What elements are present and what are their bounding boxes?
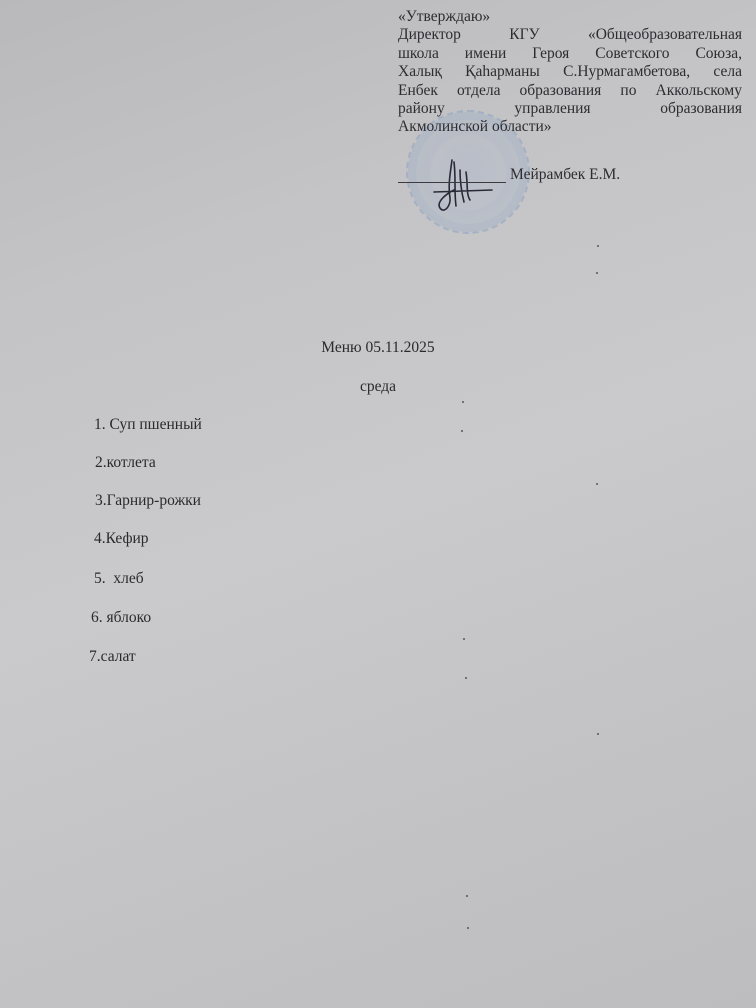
menu-item: 2.котлета [95, 454, 156, 472]
speck [462, 401, 464, 403]
speck [461, 430, 463, 432]
menu-item: 3.Гарнир-рожки [95, 492, 201, 510]
speck [465, 677, 467, 679]
menu-item: 5. хлеб [94, 570, 144, 588]
approval-line: школа имени Героя Советского Союза, [398, 45, 742, 63]
menu-title: Меню 05.11.2025 [0, 339, 756, 357]
approval-line: Акмолинской области» [398, 118, 742, 136]
speck [597, 245, 599, 247]
speck [467, 927, 469, 929]
signature-line [398, 182, 506, 183]
approval-line: Халық Қаһарманы С.Нурмагамбетова, села [398, 63, 742, 81]
approval-line: Енбек отдела образования по Аккольскому [398, 82, 742, 100]
document-page: «Утверждаю» Директор КГУ «Общеобразовате… [0, 0, 756, 1008]
approval-block: «Утверждаю» Директор КГУ «Общеобразовате… [398, 8, 742, 137]
speck [596, 483, 598, 485]
signature-row: Мейрамбек Е.М. [398, 160, 742, 200]
menu-item: 1. Суп пшенный [94, 416, 202, 434]
signer-name: Мейрамбек Е.М. [510, 166, 620, 184]
speck [463, 638, 465, 640]
menu-item: 6. яблоко [91, 609, 151, 627]
menu-item: 7.салат [89, 648, 136, 666]
approval-line: району управления образования [398, 100, 742, 118]
approval-line: Директор КГУ «Общеобразовательная [398, 26, 742, 44]
menu-day: среда [0, 378, 756, 396]
speck [597, 733, 599, 735]
menu-item: 4.Кефир [94, 530, 149, 548]
approval-heading: «Утверждаю» [398, 8, 742, 26]
speck [466, 895, 468, 897]
speck [596, 272, 598, 274]
